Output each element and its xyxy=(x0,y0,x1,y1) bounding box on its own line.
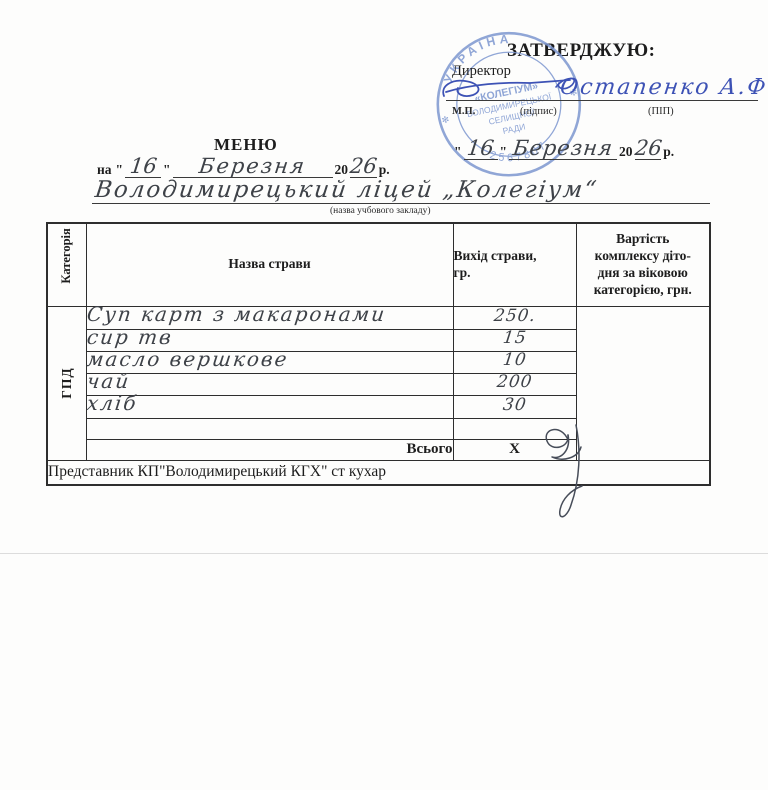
approval-date-suffix: р. xyxy=(661,145,676,161)
output-value: 200 xyxy=(496,374,533,390)
approval-date-line: " 16 " Березня 20 26 р. xyxy=(452,134,676,160)
school-name-handwritten: Володимирецький ліцей „Колегіум“ xyxy=(94,180,600,202)
header-cost-cell: Вартість комплексу діто- дня за віковою … xyxy=(576,223,710,306)
stamp-star-left: ✻ xyxy=(441,114,450,125)
dish-name: сир тв xyxy=(85,328,173,347)
output-cell: 30 xyxy=(453,395,576,418)
school-name-line xyxy=(92,202,710,204)
dish-cell: масло вершкове xyxy=(86,351,453,373)
header-dish-cell: Назва страви xyxy=(86,223,453,306)
header-dish-label: Назва страви xyxy=(228,256,310,271)
category-value: ГПД xyxy=(59,364,75,402)
school-name-caption: (назва учбового закладу) xyxy=(330,206,431,216)
footer-text: Представник КП"Володимирецький КГХ" ст к… xyxy=(48,463,386,480)
header-cost-line2: комплексу діто- xyxy=(577,248,710,265)
output-cell: 10 xyxy=(453,351,576,373)
menu-date-century: 20 xyxy=(333,163,351,179)
menu-date-year: 26 xyxy=(349,157,378,177)
output-value: 15 xyxy=(502,330,528,346)
header-category-label: Категорія xyxy=(59,246,75,284)
header-cost-line4: категорією, грн. xyxy=(577,282,710,299)
dish-name: чай xyxy=(85,372,131,391)
approval-quote-close: " xyxy=(498,145,510,161)
category-value-cell: ГПД xyxy=(47,306,86,460)
header-output-line1: Вихід страви, xyxy=(454,248,576,265)
output-value: 250. xyxy=(493,308,537,324)
output-cell: 15 xyxy=(453,329,576,351)
dish-name: Суп карт з макаронами xyxy=(85,305,387,324)
header-category-cell: Категорія xyxy=(47,223,86,306)
menu-quote-close: " xyxy=(161,163,173,179)
table-header-row: Категорія Назва страви Вихід страви, гр.… xyxy=(47,223,710,306)
header-cost-line1: Вартість xyxy=(577,231,710,248)
round-stamp: УКРАЇНА 2567807 «КОЛЕГІУМ» ВОЛОДИМИРЕЦЬК… xyxy=(418,14,602,195)
total-value: X xyxy=(509,441,520,457)
menu-date-month: Березня xyxy=(198,157,307,177)
page-fold-line xyxy=(0,553,768,554)
approval-date-century: 20 xyxy=(617,145,635,161)
pib-caption: (ПІП) xyxy=(648,106,674,117)
dish-name: хліб xyxy=(85,394,138,413)
signature-caption: (підпис) xyxy=(520,106,557,117)
cook-signature-scribble xyxy=(530,420,615,530)
header-output-cell: Вихід страви, гр. xyxy=(453,223,576,306)
mp-label: М.П. xyxy=(452,106,475,117)
output-value: 30 xyxy=(502,397,528,413)
approval-quote-open: " xyxy=(452,145,464,161)
header-cost-line3: дня за віковою xyxy=(577,265,710,282)
menu-date-line: на " 16 " Березня 20 26 р. xyxy=(95,152,392,178)
dish-cell xyxy=(86,418,453,439)
director-signature-name: Остапенко А.Ф. xyxy=(559,78,768,99)
approval-date-month: Березня xyxy=(512,139,614,159)
scanned-menu-document: ЗАТВЕРДЖУЮ: УКРАЇНА 2567807 «КОЛЕГІУМ» В… xyxy=(0,0,768,790)
dish-name: масло вершкове xyxy=(85,350,289,369)
approval-date-year: 26 xyxy=(633,139,662,159)
total-label: Всього xyxy=(406,441,452,457)
approval-date-day: 16 xyxy=(466,139,495,159)
menu-date-day: 16 xyxy=(128,157,157,177)
output-cell: 200 xyxy=(453,373,576,395)
output-value: 10 xyxy=(502,352,528,368)
dish-cell: чай xyxy=(86,373,453,395)
output-cell: 250. xyxy=(453,306,576,329)
header-output-line2: гр. xyxy=(454,265,576,282)
total-label-cell: Всього xyxy=(86,439,453,460)
menu-date-suffix: р. xyxy=(377,163,392,179)
menu-date-prefix: на xyxy=(95,163,114,179)
menu-quote-open: " xyxy=(114,163,126,179)
dish-cell: хліб xyxy=(86,395,453,418)
